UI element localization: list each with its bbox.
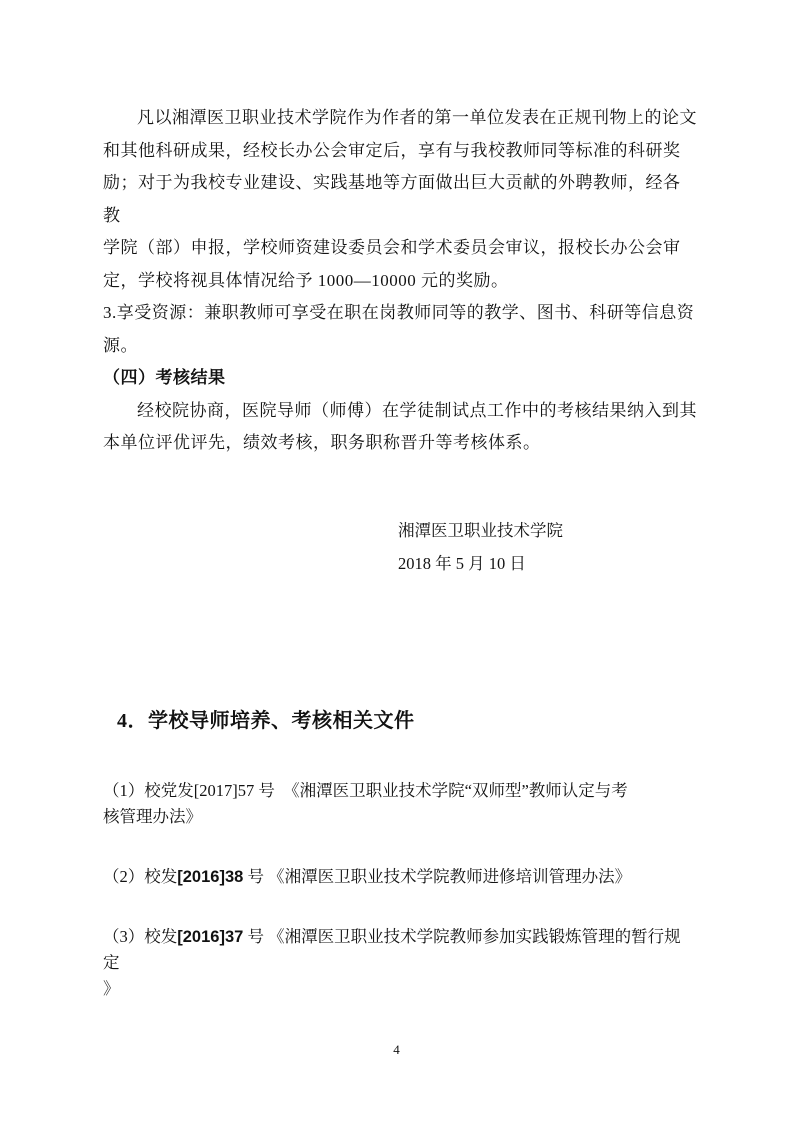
ref-1-text: （1）校党发[2017]57 号 《湘潭医卫职业技术学院“双师型”教师认定与考 …: [103, 781, 628, 826]
document-body: 凡以湘潭医卫职业技术学院作为作者的第一单位发表在正规刊物上的论文 和其他科研成果…: [103, 102, 697, 1010]
signature-date: 2018 年 5 月 10 日: [398, 547, 697, 580]
paragraph-shared-resources: 3.享受资源：兼职教师可享受在职在岗教师同等的教学、图书、科研等信息资 源。: [103, 297, 697, 362]
ref-2-document-code: [2016]38: [177, 868, 243, 886]
list-item-ref-1: （1）校党发[2017]57 号 《湘潭医卫职业技术学院“双师型”教师认定与考 …: [103, 752, 697, 830]
ref-3-prefix: （3）校发: [103, 927, 177, 946]
list-item-ref-3: （3）校发[2016]37 号 《湘潭医卫职业技术学院教师参加实践锻炼管理的暂行…: [103, 898, 697, 1002]
paragraph-research-award: 凡以湘潭医卫职业技术学院作为作者的第一单位发表在正规刊物上的论文 和其他科研成果…: [103, 102, 697, 297]
reference-list: （1）校党发[2017]57 号 《湘潭医卫职业技术学院“双师型”教师认定与考 …: [103, 752, 697, 1002]
document-page: 凡以湘潭医卫职业技术学院作为作者的第一单位发表在正规刊物上的论文 和其他科研成果…: [0, 0, 793, 1122]
list-item-ref-2: （2）校发[2016]38 号 《湘潭医卫职业技术学院教师进修培训管理办法》: [103, 838, 697, 890]
ref-3-document-code: [2016]37: [177, 928, 243, 946]
heading-assessment-result: （四）考核结果: [103, 362, 697, 395]
signature-block: 湘潭医卫职业技术学院 2018 年 5 月 10 日: [398, 514, 697, 580]
signature-organization: 湘潭医卫职业技术学院: [398, 514, 697, 547]
ref-2-title: 号 《湘潭医卫职业技术学院教师进修培训管理办法》: [243, 867, 631, 886]
section-heading-related-documents: 4．学校导师培养、考核相关文件: [103, 706, 697, 736]
page-number: 4: [0, 1042, 793, 1058]
paragraph-assessment-system: 经校院协商，医院导师（师傅）在学徒制试点工作中的考核结果纳入到其 本单位评优评先…: [103, 395, 697, 460]
ref-2-prefix: （2）校发: [103, 867, 177, 886]
